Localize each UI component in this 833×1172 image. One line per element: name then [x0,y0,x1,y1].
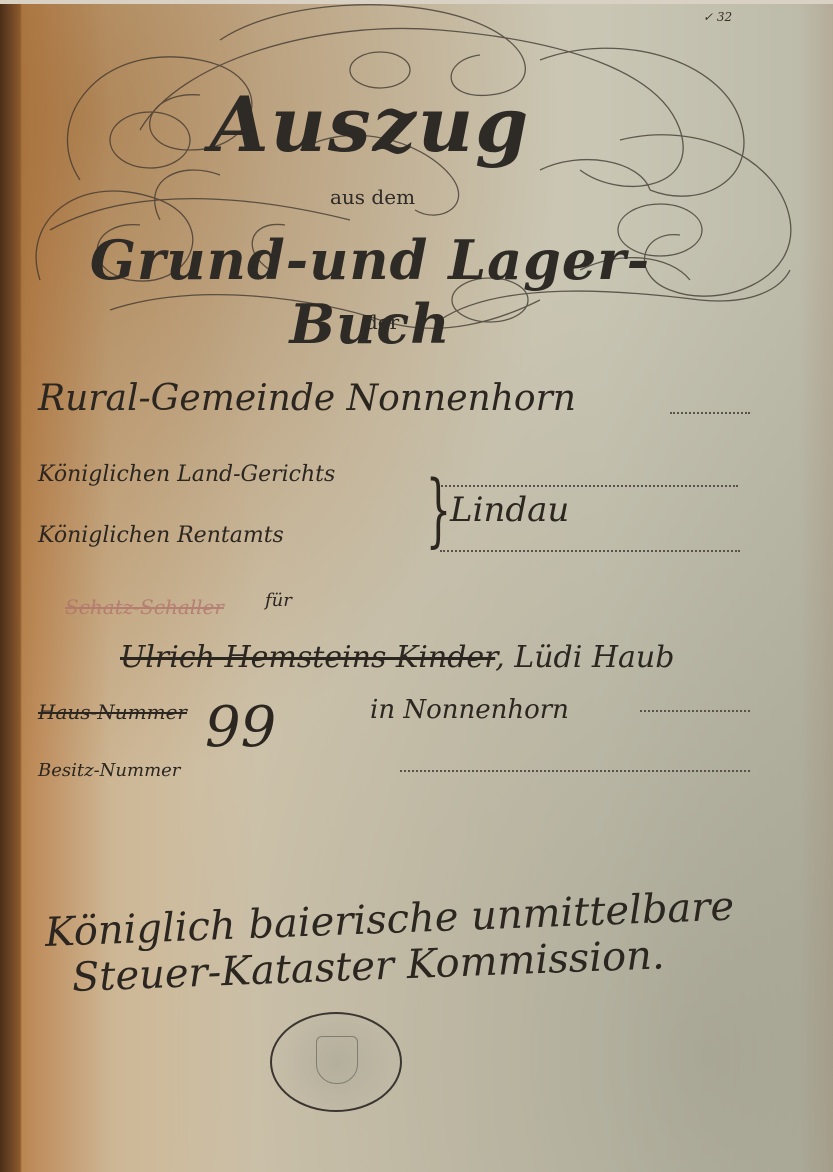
dotted-fill-line [438,485,738,487]
dotted-fill-line [640,710,750,712]
district-place: Lindau [450,490,569,530]
coat-of-arms-icon [316,1036,358,1084]
fuer-label: für [265,590,292,611]
owner-struck-name: Ulrich Hemsteins Kinder [120,640,495,675]
dotted-fill-line [670,412,750,414]
title-grund-und-lager-buch: Grund-und Lager-Buch [70,228,670,356]
besitz-nummer-label: Besitz-Nummer [38,760,180,781]
gemeinde-label: Gemeinde [151,378,336,419]
title-aus-dem: aus dem [330,185,415,209]
dotted-fill-line [400,770,750,772]
house-number: 99 [205,695,276,760]
owner-current-name: , Lüdi Haub [495,640,674,675]
rentamt-label: Königlichen Rentamts [38,523,284,548]
document-page: ✓ 32 Auszug aus dem Grund-und Lager-Buch… [0,0,833,1172]
gemeinde-line: Rural-Gemeinde Nonnenhorn [38,378,576,419]
haus-nummer-label: Haus-Nummer [38,700,187,724]
title-auszug: Auszug [160,80,580,169]
gemeinde-prefix: Rural [38,378,138,419]
owner-line: Ulrich Hemsteins Kinder, Lüdi Haub [120,640,674,675]
landgericht-label: Königlichen Land-Gerichts [38,462,335,487]
dotted-fill-line [440,550,740,552]
book-spine [0,0,22,1172]
title-der: der [365,310,399,334]
house-location: in Nonnenhorn [370,695,569,725]
seal-stamp-icon [270,1012,402,1112]
gemeinde-name: Nonnenhorn [347,378,576,419]
curly-brace: } [426,470,451,550]
struck-red-annotation: Schatz-Schaller [65,595,224,619]
